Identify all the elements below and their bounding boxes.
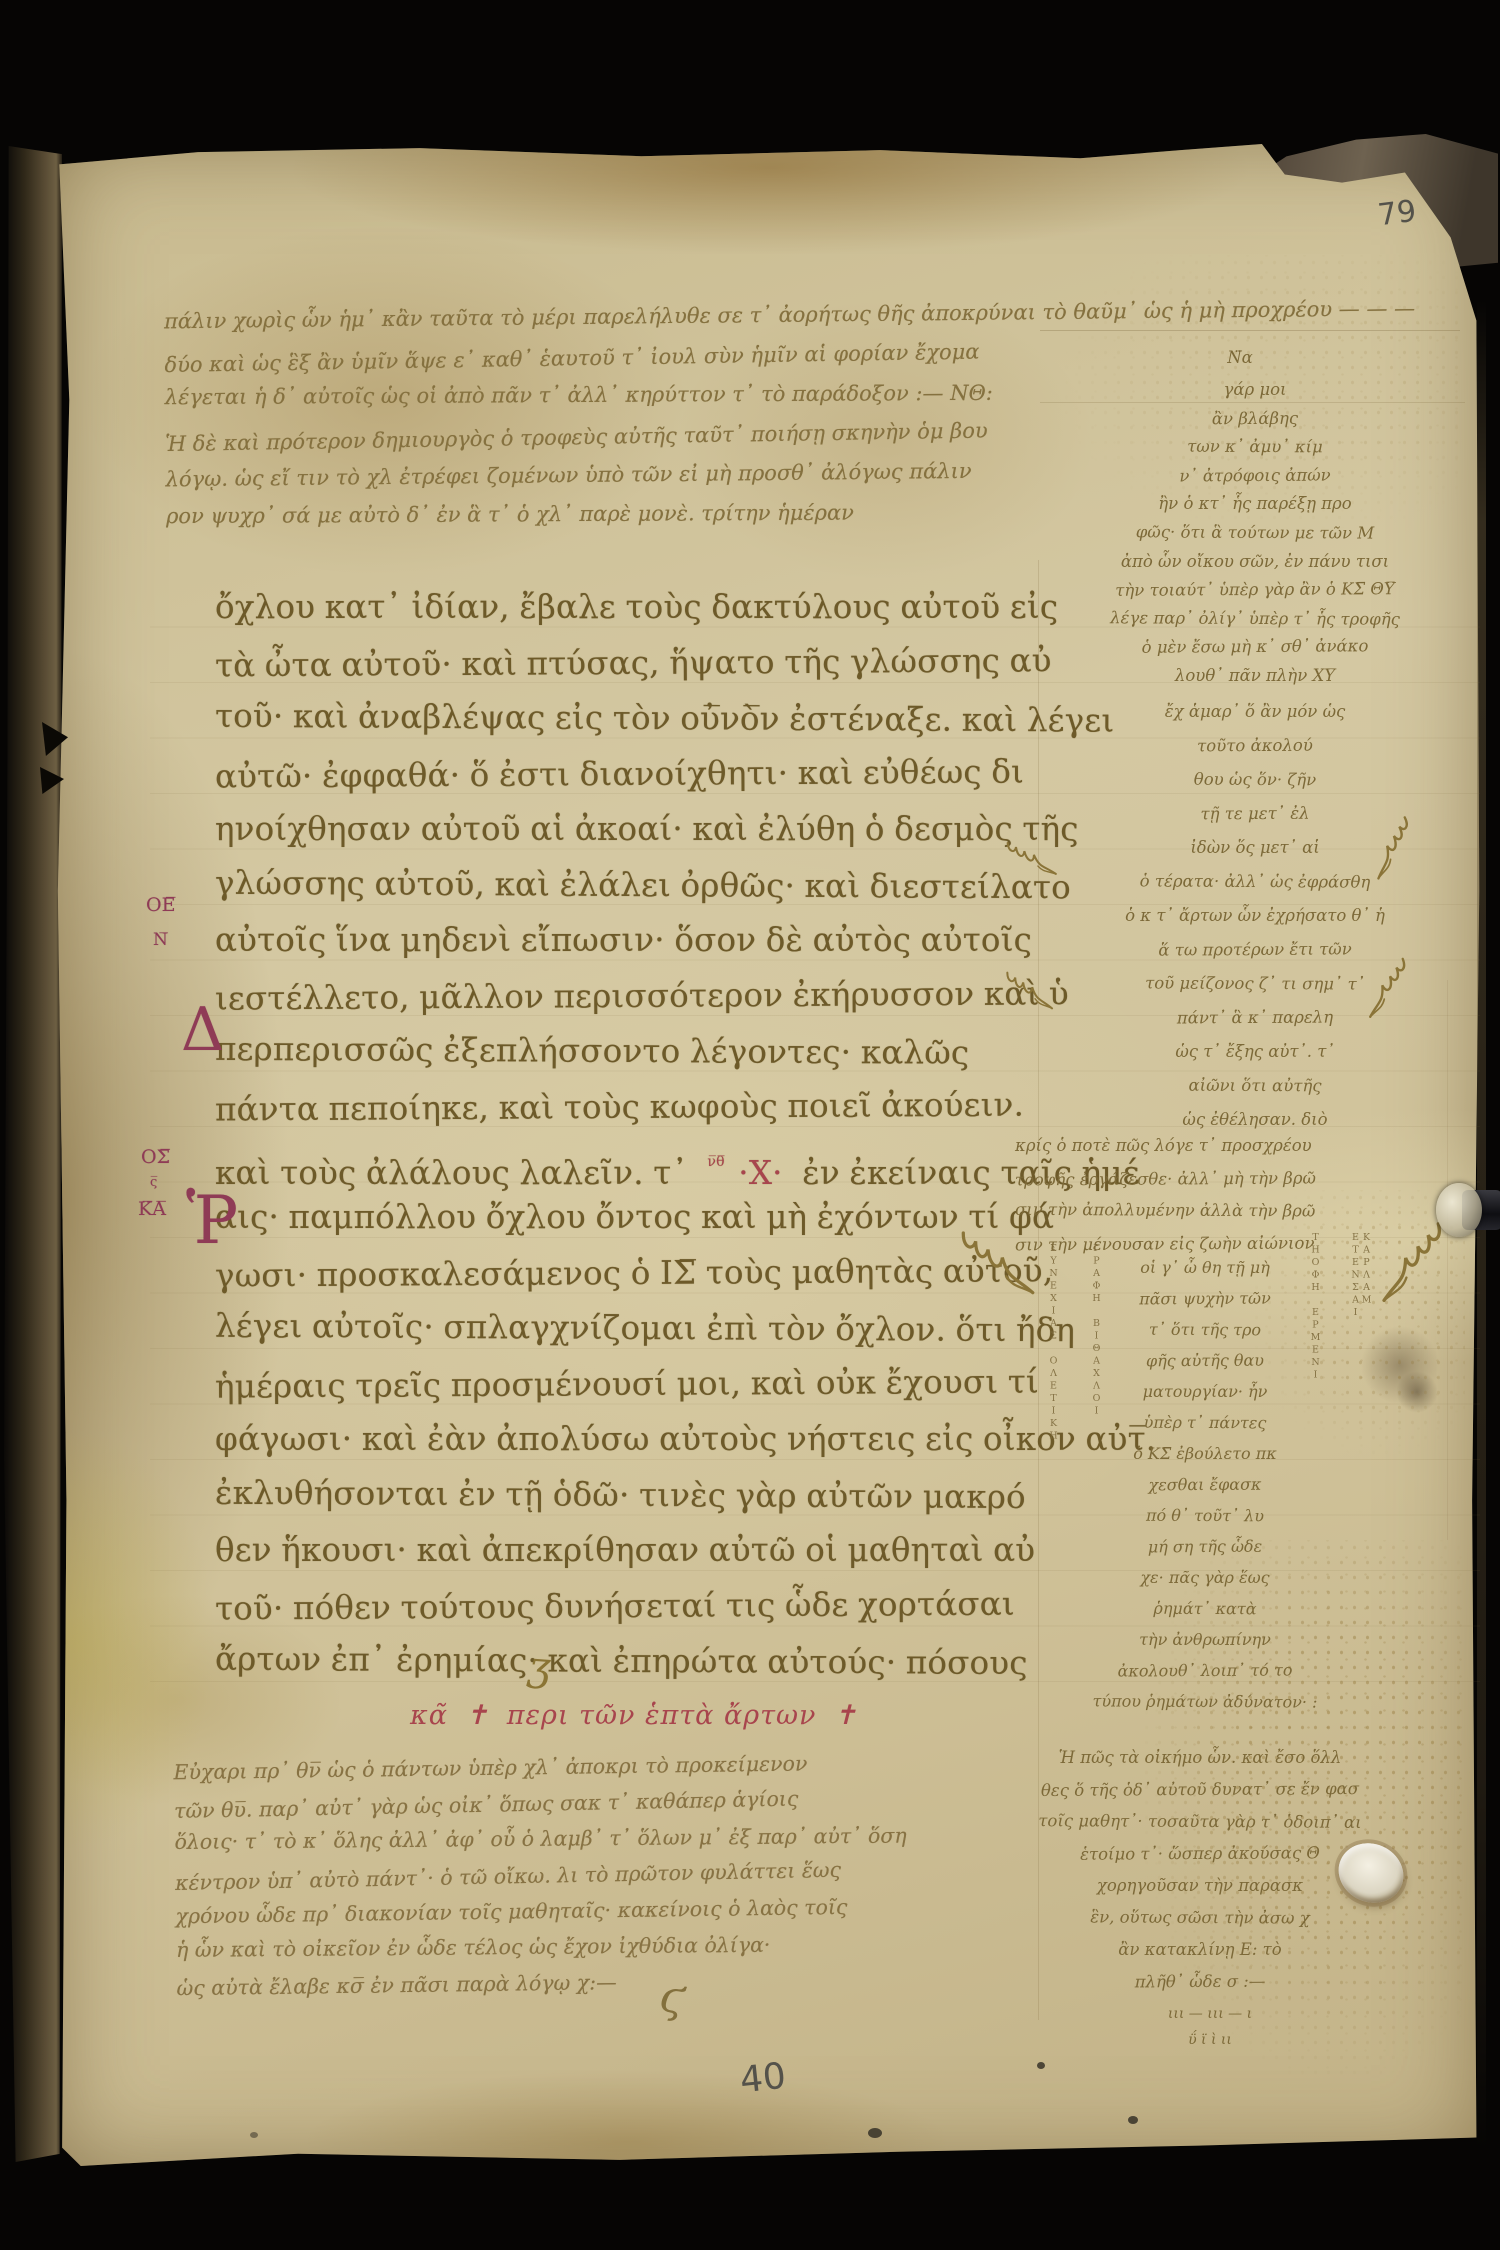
line-11-text: καὶ τοὺς ἀλάλους λαλεῖν. τ᾽ <box>215 1154 688 1192</box>
ink-speck <box>1037 2062 1045 2069</box>
canon-number-lower: ς̅ <box>150 1175 157 1190</box>
text-line: κρίς ὁ ποτὲ πῶς λόγε τ᾽ προσχρέου <box>1015 1130 1465 1163</box>
text-line: πό θ᾽ τοῦτ᾽ λυ <box>1090 1499 1320 1531</box>
text-line: θεν ἥκουσι· καὶ ἀπεκρίθησαν αὐτῶ οἱ μαθη… <box>215 1523 1065 1579</box>
glass-page-weight <box>1436 1178 1500 1242</box>
folio-number: 79 <box>1376 194 1418 233</box>
kephalaion-number-margin: Κ̅Α̅ <box>138 1198 166 1220</box>
manuscript-photograph: 79 40 πάλιν χωρὶς ὧν ἡμ᾽ κἂν ταῦτα τὸ μέ… <box>0 0 1500 2250</box>
text-line: τύπου ῥημάτων ἀδύνατον· : <box>1090 1685 1320 1717</box>
vertical-micro-note: ΓΡΑΦΗ ΒΙΘΑΧΛΟΙ <box>1091 1243 1102 1428</box>
rubricated-initial-rho: Ῥ <box>186 1188 238 1254</box>
text-line: ἐκλυθήσονται ἐν τῇ ὁδῶ· τινὲς γὰρ αὐτῶν … <box>215 1465 1065 1525</box>
text-line: ματουργίαν· ἦν <box>1090 1376 1320 1407</box>
text-line: φῶς· ὅτι ἃ τούτων με τῶν Μ <box>1045 518 1465 549</box>
text-line: πᾶσι ψυχὴν τῶν <box>1090 1282 1320 1314</box>
ink-speck <box>250 2132 258 2138</box>
text-line: ὄχλου κατ᾽ ἰδίαν, ἔβαλε τοὺς δακτύλους α… <box>215 580 1045 636</box>
paraph-flourish-upper: ʒ <box>526 1643 552 1690</box>
vertical-micro-note: ΣΥΝΕΧΙΑΣ ΟΛΕΤΙΚΗ <box>1048 1243 1059 1443</box>
text-line: τ᾽ ὅτι τῆς τρο <box>1090 1313 1320 1345</box>
text-line: γωσι· προσκαλεσάμενος ὁ ΙΣ̅ τοὺς μαθητὰς… <box>215 1243 1065 1304</box>
ink-speck <box>1128 2116 1138 2124</box>
text-line: χεσθαι ἔφασκ <box>1090 1468 1320 1500</box>
text-line: γλώσσης αὐτοῦ, καὶ ἐλάλει ὀρθῶς· καὶ διε… <box>215 855 1045 915</box>
text-line: φῆς αὐτῆς θαυ <box>1090 1344 1320 1376</box>
text-line: πάντα πεποίηκε, καὶ τοὺς κωφοὺς ποιεῖ ἀκ… <box>215 1077 1045 1138</box>
text-line: ἢν ὁ κτ᾽ ἧς παρέξῃ προ <box>1045 490 1465 519</box>
margin-scholia-upper: γάρ μοιἂν βλάβηςτων κ᾽ ἀμυ᾽ κίμν᾽ ἀτρόφο… <box>1045 376 1465 691</box>
section-number-lower: ΟΣ̅ <box>141 1146 170 1168</box>
pen-flourish-icon <box>958 1219 1036 1306</box>
text-line: αἰῶνι ὅτι αὐτῆς <box>1045 1068 1465 1104</box>
main-text-lower: αις· παμπόλλου ὄχλου ὄντος καὶ μὴ ἐχόντω… <box>215 1190 1065 1690</box>
text-line: τὴν ἀνθρωπίνην <box>1090 1624 1320 1655</box>
text-line: ὑπὲρ τ᾽ πάντες <box>1090 1406 1320 1438</box>
text-line: ὁ κ τ᾽ ἄρτων ὧν ἐχρήσατο θ᾽ ἡ <box>1045 899 1465 933</box>
text-line: χε· πᾶς γὰρ ἕως <box>1090 1562 1320 1593</box>
text-line: τὴν τοιαύτ᾽ ὑπὲρ γὰρ ἂν ὁ ΚΣ̅ ΘΥ̅ <box>1045 575 1465 606</box>
margin-scholia-column: οἱ γ᾽ ὦ θη τῇ μὴπᾶσι ψυχὴν τῶντ᾽ ὅτι τῆς… <box>1090 1252 1320 1717</box>
book-gutter-edge <box>4 146 62 2162</box>
cross-icon: ✝ <box>466 1700 490 1731</box>
text-line: γάρ μοι <box>1045 376 1465 405</box>
text-line: ν᾽ ἀτρόφοις ἀπών <box>1045 460 1465 491</box>
margin-scholion-label: Ν̈α <box>1180 344 1300 373</box>
text-line: τοῦ· καὶ ἀναβλέψας εἰς τὸν οὐ̅νὸ̅ν ἐστέν… <box>215 689 1045 749</box>
text-line: ὡς τ᾽ ἔξης αὐτ᾽. τ᾽ <box>1045 1035 1465 1069</box>
text-line: λουθ᾽ πᾶν πλὴν ΧΥ̅ <box>1045 662 1465 691</box>
text-line: αὐτῶ· ἐφφαθά· ὅ ἐστι διανοίχθητι· καὶ εὐ… <box>215 744 1045 805</box>
text-line: θου ὡς ὅν· ζῆν <box>1045 762 1465 798</box>
text-line: περπερισσῶς ἐξεπλήσσοντο λέγοντες· καλῶς <box>215 1022 1045 1082</box>
margin-tail-marks-2: ΰ ϊ ὶ ιι <box>1090 2026 1330 2055</box>
margin-scholia-middle: ἔχ ἁμαρ᾽ ὅ ἂν μόν ὡςτοῦτο ἀκολούθου ὡς ὅ… <box>1045 695 1465 1137</box>
text-line: τροφῆς ἐργάζεσθε· ἀλλ᾽ μὴ τὴν βρῶ <box>1015 1161 1465 1196</box>
rubric-kephalaion-number: κα̃ <box>410 1700 448 1731</box>
text-line: λέγει αὐτοῖς· σπλαγχνίζομαι ἐπὶ τὸν ὄχλο… <box>215 1299 1065 1359</box>
text-line: ἡμέραις τρεῖς προσμένουσί μοι, καὶ οὐκ ἔ… <box>215 1354 1065 1415</box>
text-line: ἀπὸ ὧν οἴκου σῶν, ἐν πάνυ τισι <box>1045 548 1465 577</box>
text-line: τοῦ· πόθεν τούτους δυνήσεταί τις ὧδε χορ… <box>215 1576 1065 1637</box>
rubric-title: περι τῶν ἑπτὰ ἄρτων <box>507 1700 817 1731</box>
text-line: τὰ ὦτα αὐτοῦ· καὶ πτύσας, ἥψατο τῆς γλώσ… <box>215 633 1045 694</box>
text-line: ἔχ ἁμαρ᾽ ὅ ἂν μόν ὡς <box>1045 695 1465 729</box>
text-line: ἀκολουθ᾽ λοιπ᾽ τό το <box>1090 1654 1320 1686</box>
section-number-upper: ΟΕ̅ <box>146 894 175 916</box>
text-line: ὁ μὲν ἔσω μὴ κ᾽ σθ᾽ ἀνάκο <box>1045 632 1465 663</box>
text-line: ιεστέλλετο, μᾶλλον περισσότερον ἐκήρυσσο… <box>215 966 1045 1027</box>
text-line: ὁ ΚΣ̅ ἐβούλετο πκ <box>1090 1438 1320 1469</box>
quire-number: 40 <box>738 2056 788 2102</box>
text-line: αὐτοῖς ἵνα μηδενὶ εἴπωσιν· ὅσον δὲ αὐτὸς… <box>215 913 1045 969</box>
main-text-upper: ὄχλου κατ᾽ ἰδίαν, ἔβαλε τοὺς δακτύλους α… <box>215 580 1045 1135</box>
kephalaion-superscript: ν̅θ̅ <box>707 1154 724 1170</box>
text-line: ἄρτων ἐπ᾽ ἐρημίας· καὶ ἐπηρώτα αὐτούς· π… <box>215 1632 1065 1692</box>
ink-speck <box>868 2128 882 2138</box>
vertical-micro-note: ΤΗΟΦΗ ΕΡΜΕΝΙ <box>1310 1232 1321 1397</box>
bottom-commentary-block: Εὐχαρι πρ᾽ θν̅ ὡς ὁ πάντων ὑπὲρ χλ᾽ ἀποκ… <box>173 1742 1076 2007</box>
text-line: λέγε παρ᾽ ὀλίγ᾽ ὑπὲρ τ᾽ ἧς τροφῆς <box>1045 604 1465 635</box>
text-line: των κ᾽ ἀμυ᾽ κίμ <box>1045 432 1465 463</box>
pen-flourish-icon <box>999 961 1059 1018</box>
text-line: τοῦτο ἀκολού <box>1045 728 1465 765</box>
rubricated-initial-delta: Δ <box>181 1000 224 1060</box>
text-line: οἱ γ᾽ ὦ θη τῇ μὴ <box>1090 1252 1320 1283</box>
text-line: ηνοίχθησαν αὐτοῦ αἱ ἀκοαί· καὶ ἐλύθη ὁ δ… <box>215 802 1045 858</box>
text-line: αις· παμπόλλου ὄχλου ὄντος καὶ μὴ ἐχόντω… <box>215 1190 1065 1246</box>
canon-number-upper: Ν̅ <box>153 930 168 950</box>
text-line: φάγωσι· καὶ ἐὰν ἀπολύσω αὐτοὺς νήστεις ε… <box>215 1412 1065 1468</box>
weight-glass-cap <box>1436 1183 1482 1237</box>
margin-tail-marks: ιιι — ιιι — ι <box>1090 2000 1330 2029</box>
cross-icon: ✝ <box>834 1700 858 1731</box>
text-line: ἂν βλάβης <box>1045 403 1465 434</box>
chi-section-mark: ·Χ· <box>738 1154 782 1192</box>
text-line: ῥημάτ᾽ κατὰ <box>1090 1592 1320 1624</box>
rubric-heading: κα̃ ✝ περι τῶν ἑπτὰ ἄρτων ✝ <box>410 1700 890 1731</box>
text-line: μή ση τῆς ὧδε <box>1090 1530 1320 1562</box>
